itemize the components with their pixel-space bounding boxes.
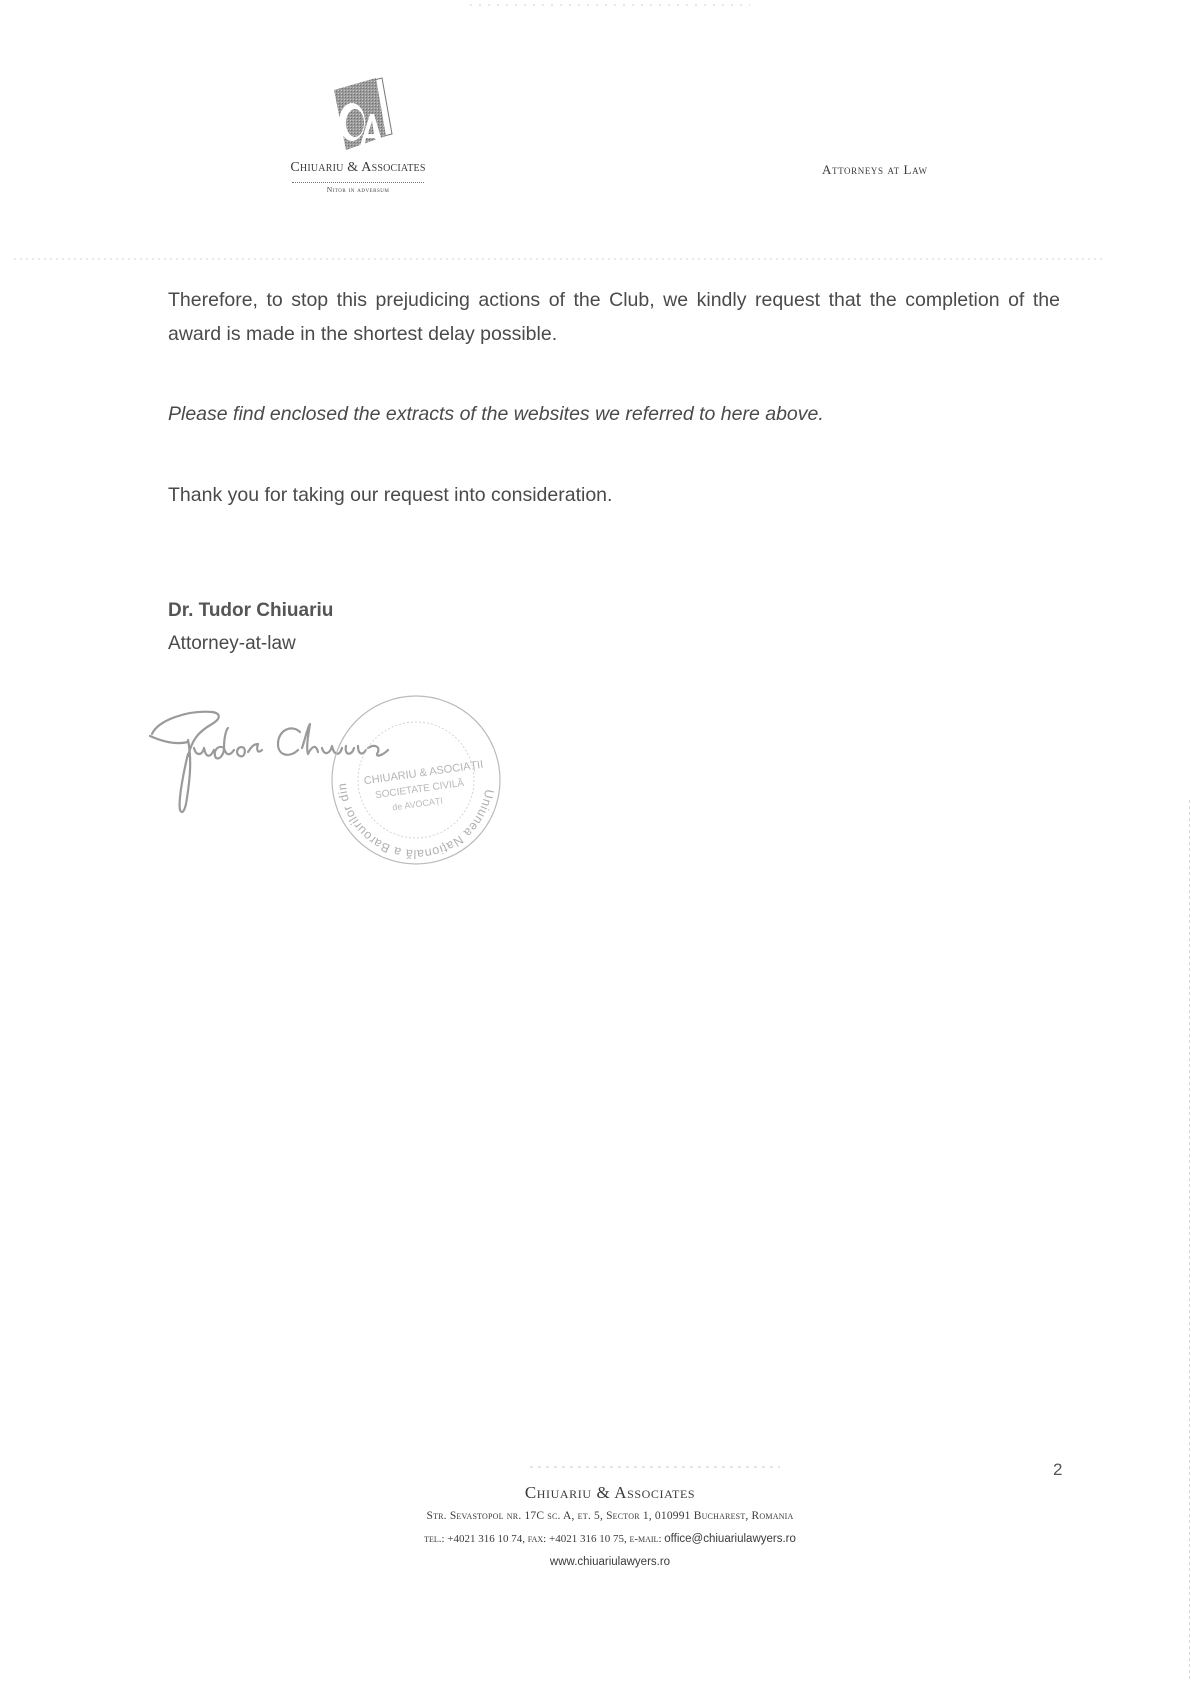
body-paragraph-thanks: Thank you for taking our request into co… bbox=[168, 478, 1060, 512]
firm-motto: Nitor in adversum bbox=[258, 185, 458, 194]
fax-label: fax: bbox=[528, 1533, 546, 1545]
fax-number: +4021 316 10 75, bbox=[549, 1533, 627, 1545]
tel-label: tel.: bbox=[424, 1533, 444, 1545]
footer-website: www.chiuariulawyers.ro bbox=[300, 1556, 920, 1568]
seal-inner-line3: de AVOCAȚI bbox=[392, 796, 444, 813]
scan-artifact-top bbox=[470, 4, 750, 6]
signatory-title: Attorney-at-law bbox=[168, 633, 296, 655]
signatory-name: Dr. Tudor Chiuariu bbox=[168, 600, 333, 622]
footer-address: Str. Sevastopol nr. 17C sc. A, et. 5, Se… bbox=[300, 1510, 920, 1522]
footer-contact-line: tel.: +4021 316 10 74, fax: +4021 316 10… bbox=[300, 1533, 920, 1545]
header-separator bbox=[14, 258, 1104, 260]
email-address: office@chiuariulawyers.ro bbox=[664, 1533, 796, 1545]
email-label: e-mail: bbox=[629, 1533, 661, 1545]
footer-scan-artifact bbox=[530, 1466, 780, 1468]
scan-edge-artifact bbox=[1189, 800, 1190, 1680]
firm-logo-icon bbox=[330, 76, 396, 154]
page-number: 2 bbox=[1053, 1460, 1062, 1480]
official-seal-stamp: Uniunea Națională a Barourilor din Român… bbox=[328, 692, 504, 868]
body-paragraph-request: Therefore, to stop this prejudicing acti… bbox=[168, 283, 1060, 351]
firm-name: Chiuariu & Associates bbox=[258, 160, 458, 176]
tel-number: +4021 316 10 74, bbox=[447, 1533, 525, 1545]
firm-tagline: Attorneys at Law bbox=[822, 162, 928, 178]
body-paragraph-enclosure: Please find enclosed the extracts of the… bbox=[168, 397, 1060, 431]
firm-name-divider bbox=[292, 182, 424, 183]
footer-firm-name: Chiuariu & Associates bbox=[300, 1483, 920, 1503]
